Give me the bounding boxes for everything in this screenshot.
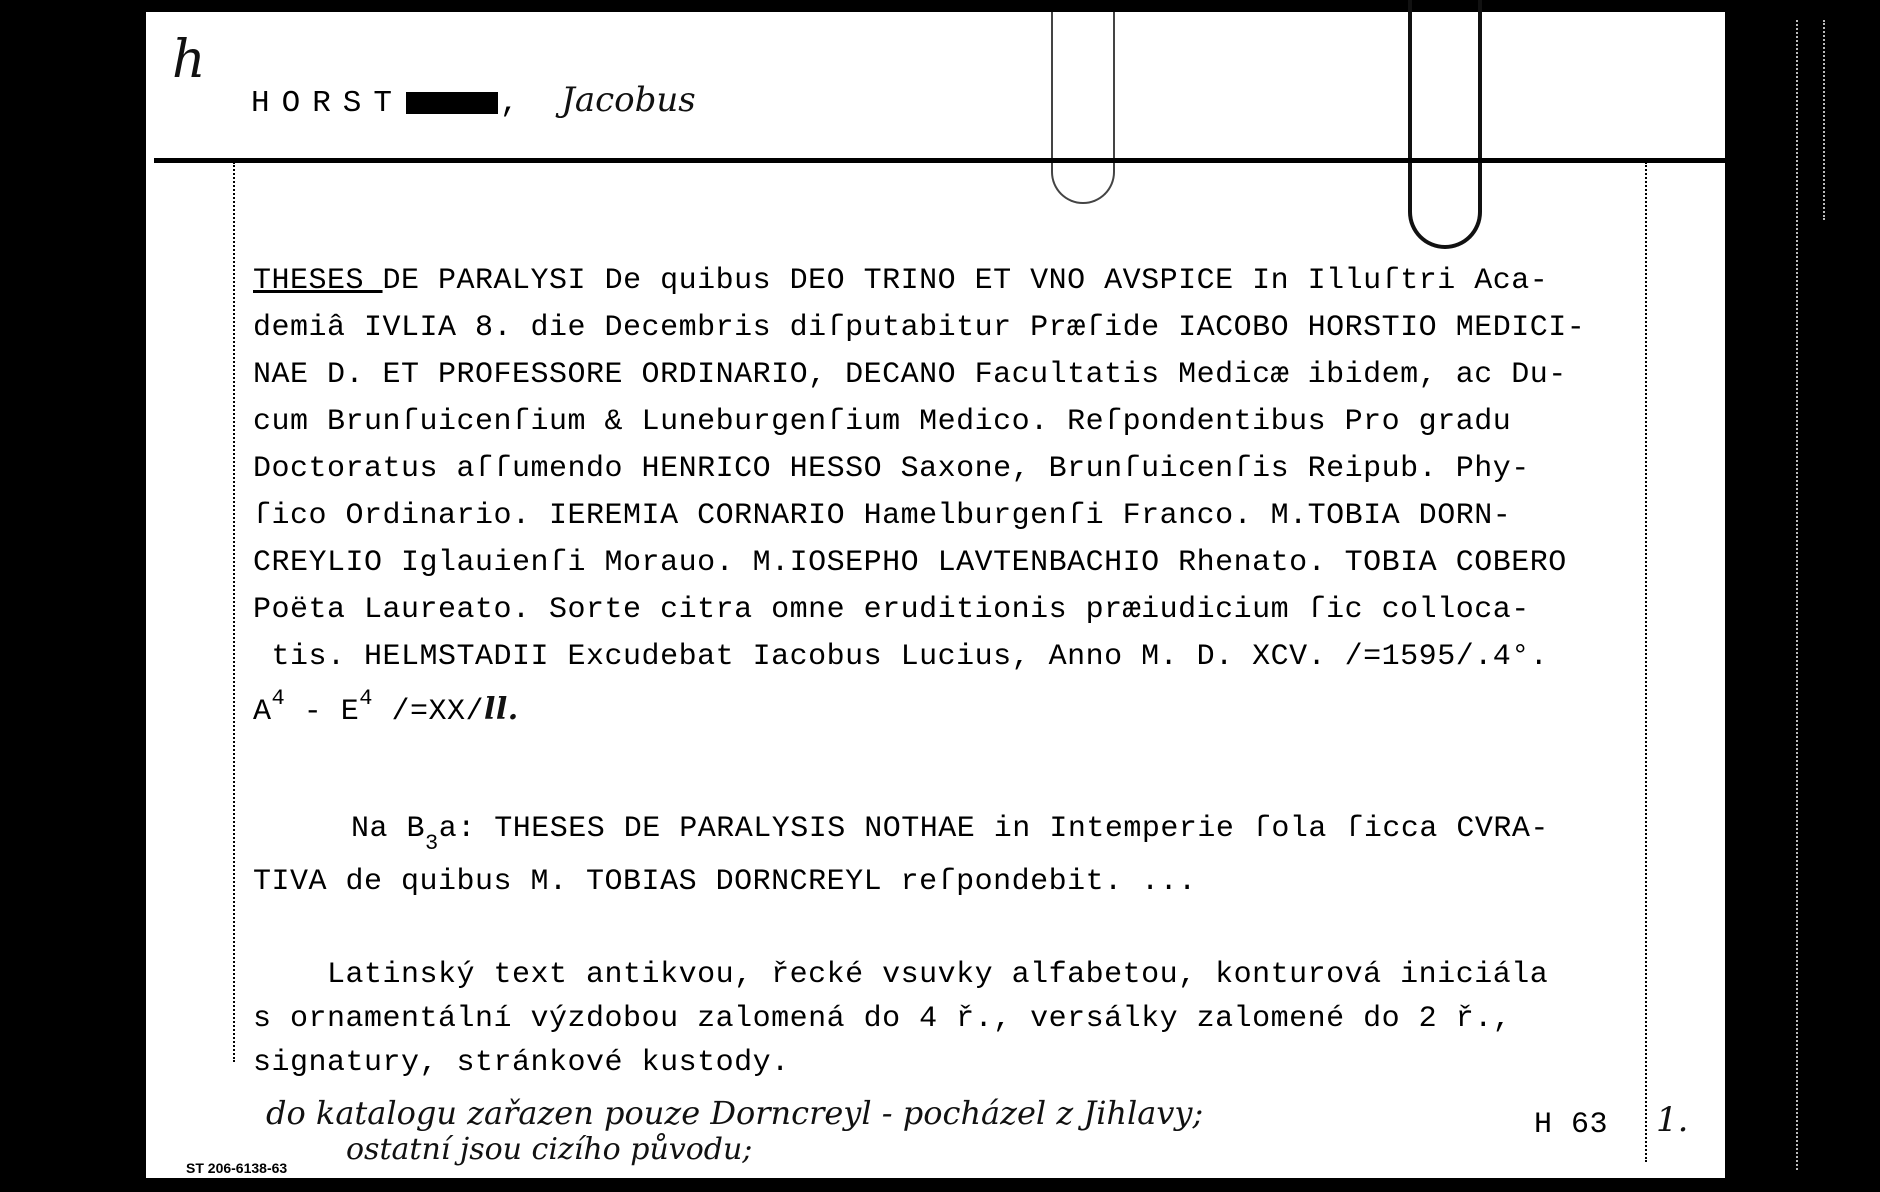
handwritten-note-line-2: ostatní jsou cizího původu;	[346, 1132, 752, 1167]
description-line-1: Latinský text antikvou, řecké vsuvky alf…	[253, 958, 1548, 992]
title-line-9: tis. HELMSTADII Excudebat Iacobus Lucius…	[253, 640, 1548, 674]
description-line-3: signatury, stránkové kustody.	[253, 1046, 790, 1080]
title-line-5: Doctoratus aſſumendo HENRICO HESSO Saxon…	[253, 452, 1530, 486]
heading-given-name: Jacobus	[561, 80, 696, 120]
title-line-7: CREYLIO Iglauienſi Morauo. M.IOSEPHO LAV…	[253, 546, 1567, 580]
handwritten-note-line-1: do katalogu zařazen pouze Dorncreyl - po…	[266, 1094, 1203, 1132]
title-line-3: NAE D. ET PROFESSORE ORDINARIO, DECANO F…	[253, 358, 1567, 392]
paper-clip-mark-faint	[1051, 12, 1115, 204]
shelfmark: H 63	[1534, 1108, 1608, 1142]
collation-e: E	[341, 695, 360, 729]
collation-e-sup: 4	[359, 686, 373, 711]
collation-a-sup: 4	[272, 686, 286, 711]
note-b3a-pre: Na B	[351, 812, 425, 846]
description-line-2: s ornamentální výzdobou zalomená do 4 ř.…	[253, 1002, 1511, 1036]
title-line-4: cum Brunſuicenſium & Luneburgenſium Medi…	[253, 405, 1511, 439]
collation-a: A	[253, 695, 272, 729]
title-line-8: Poëta Laureato. Sorte citra omne eruditi…	[253, 593, 1530, 627]
note-b3a-line-1: Na B3a: THESES DE PARALYSIS NOTHAE in In…	[351, 812, 1549, 850]
heading-comma: ,	[500, 86, 531, 121]
title-line-6: ſico Ordinario. IEREMIA CORNARIO Hamelbu…	[253, 499, 1511, 533]
header-rule	[154, 158, 1725, 163]
card-heading: HORST, Jacobus	[251, 80, 696, 121]
title-underlined: THESES	[253, 264, 383, 298]
title-line-1-text: DE PARALYSI De quibus DEO TRINO ET VNO A…	[383, 264, 1549, 298]
right-margin-line	[1645, 162, 1647, 1162]
handwritten-number: 1.	[1656, 1100, 1688, 1140]
paper-clip-mark	[1408, 0, 1482, 249]
heading-surname: HORST	[251, 86, 404, 121]
note-b3a-post: a: THESES DE PARALYSIS NOTHAE in Intempe…	[439, 812, 1549, 846]
title-line-1: THESES DE PARALYSI De quibus DEO TRINO E…	[253, 264, 1548, 298]
note-b3a-line-2: TIVA de quibus M. TOBIAS DORNCREYL reſpo…	[253, 865, 1197, 899]
catalog-card: h HORST, Jacobus THESES DE PARALYSI De q…	[146, 12, 1725, 1178]
print-code: ST 206-6138-63	[186, 1160, 287, 1176]
margin-mark: h	[172, 30, 206, 90]
collation-sep: -	[285, 695, 341, 729]
scanner-artifact-line	[1823, 20, 1825, 220]
left-margin-line	[233, 162, 235, 1062]
redacted-text	[406, 92, 498, 114]
collation-tail: /=XX/	[373, 695, 484, 729]
collation: A4 - E4 /=XX/ll.	[253, 692, 519, 729]
scanner-artifact-line	[1796, 20, 1798, 1170]
title-line-2: demiâ IVLIA 8. die Decembris diſputabitu…	[253, 311, 1585, 345]
collation-handwritten: ll.	[484, 692, 519, 727]
note-b3a-sub: 3	[425, 831, 439, 856]
